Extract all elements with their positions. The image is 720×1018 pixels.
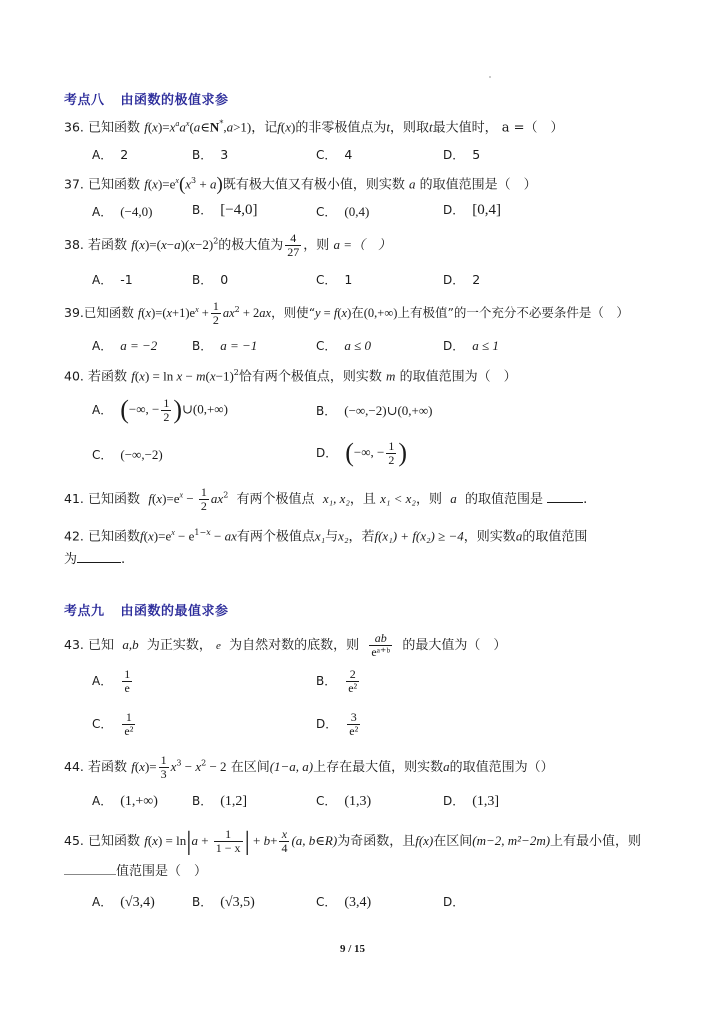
option-38-b: B．0: [192, 271, 228, 288]
question-44: 44. 若函数 f(x)=13x3 − x2 − 2 在区间(1−a, a)上存…: [64, 754, 554, 781]
stray-mark: [489, 76, 491, 78]
option-38-a: A．-1: [92, 271, 133, 288]
option-40-d: D．(−∞, −12): [316, 438, 407, 468]
option-38-c: C．1: [316, 271, 352, 288]
question-39: 39.已知函数 f(x)=(x+1)ex +12ax2 + 2ax，则使“y =…: [64, 300, 629, 327]
option-40-a: A．(−∞, −12)∪(0,+∞): [92, 395, 228, 425]
obscured-region: [64, 874, 116, 875]
option-43-c: C．1e²: [92, 711, 137, 738]
option-37-d: D．[0,4]: [443, 201, 501, 219]
option-39-b: B．a = −1: [192, 337, 257, 354]
question-41: 41. 已知函数 f(x)=ex − 12ax2 有两个极值点 x₁, x₂，且…: [64, 486, 587, 513]
option-40-c: C．(−∞,−2): [92, 446, 163, 463]
section-number: 考点九: [64, 604, 105, 619]
option-45-b: B．(√3,5): [192, 893, 255, 911]
option-39-a: A．a = −2: [92, 337, 157, 354]
question-37: 37. 已知函数 f(x)=ex(x3 + a)既有极大值又有极小值，则实数 a…: [64, 172, 537, 194]
section-title: 由函数的极值求参: [121, 93, 229, 108]
option-44-b: B．(1,2]: [192, 792, 247, 810]
option-43-a: A．1e: [92, 668, 134, 695]
option-44-d: D．(1,3]: [443, 792, 499, 810]
option-43-b: B．2e²: [316, 668, 361, 695]
question-43: 43. 已知 a,b 为正实数， e 为自然对数的底数，则 abeᵃ⁺ᵇ 的最大…: [64, 632, 506, 659]
fraction: 427: [285, 232, 301, 259]
option-45-d: D．: [443, 893, 472, 910]
question-42: 42. 已知函数f(x)=ex − e1−x − ax有两个极值点x₁与x₂，若…: [64, 524, 587, 546]
option-37-c: C．(0,4): [316, 203, 369, 220]
section-heading-9: 考点九由函数的最值求参: [64, 600, 229, 619]
option-38-d: D．2: [443, 271, 480, 288]
question-45-line2: 值范围是（ ）: [64, 863, 207, 881]
option-36-b: B．3: [192, 146, 228, 163]
option-39-d: D．a ≤ 1: [443, 337, 499, 354]
question-36: 36. 已知函数 f(x)=xaax(a∈N*,a>1)，记f(x)的非零极值点…: [64, 115, 564, 137]
section-heading-8: 考点八由函数的极值求参: [64, 89, 229, 108]
section-title: 由函数的最值求参: [121, 604, 229, 619]
option-37-a: A．(−4,0): [92, 203, 152, 220]
option-36-d: D．5: [443, 146, 480, 163]
option-36-a: A．2: [92, 146, 128, 163]
option-44-c: C．(1,3): [316, 792, 371, 810]
option-43-d: D．3e²: [316, 711, 362, 738]
question-45: 45. 已知函数 f(x) = ln|a + 11 − x| + b+x4(a,…: [64, 828, 641, 855]
answer-blank[interactable]: [547, 502, 583, 503]
option-44-a: A．(1,+∞): [92, 792, 158, 810]
page-number: 9 / 15: [340, 943, 365, 955]
question-40: 40. 若函数 f(x) = ln x − m(x−1)2恰有两个极值点，则实数…: [64, 364, 517, 386]
option-45-a: A．(√3,4): [92, 893, 155, 911]
option-36-c: C．4: [316, 146, 352, 163]
document-page: 考点八由函数的极值求参 36. 已知函数 f(x)=xaax(a∈N*,a>1)…: [0, 0, 720, 1018]
question-42-line2: 为.: [64, 551, 125, 569]
answer-blank[interactable]: [77, 562, 121, 563]
option-40-b: B．(−∞,−2)∪(0,+∞): [316, 402, 432, 419]
section-number: 考点八: [64, 93, 105, 108]
question-38: 38. 若函数 f(x)=(x−a)(x−2)2的极大值为427，则 a =（ …: [64, 232, 391, 259]
option-39-c: C．a ≤ 0: [316, 337, 371, 354]
option-45-c: C．(3,4): [316, 893, 371, 911]
option-37-b: B．[−4,0]: [192, 201, 257, 219]
